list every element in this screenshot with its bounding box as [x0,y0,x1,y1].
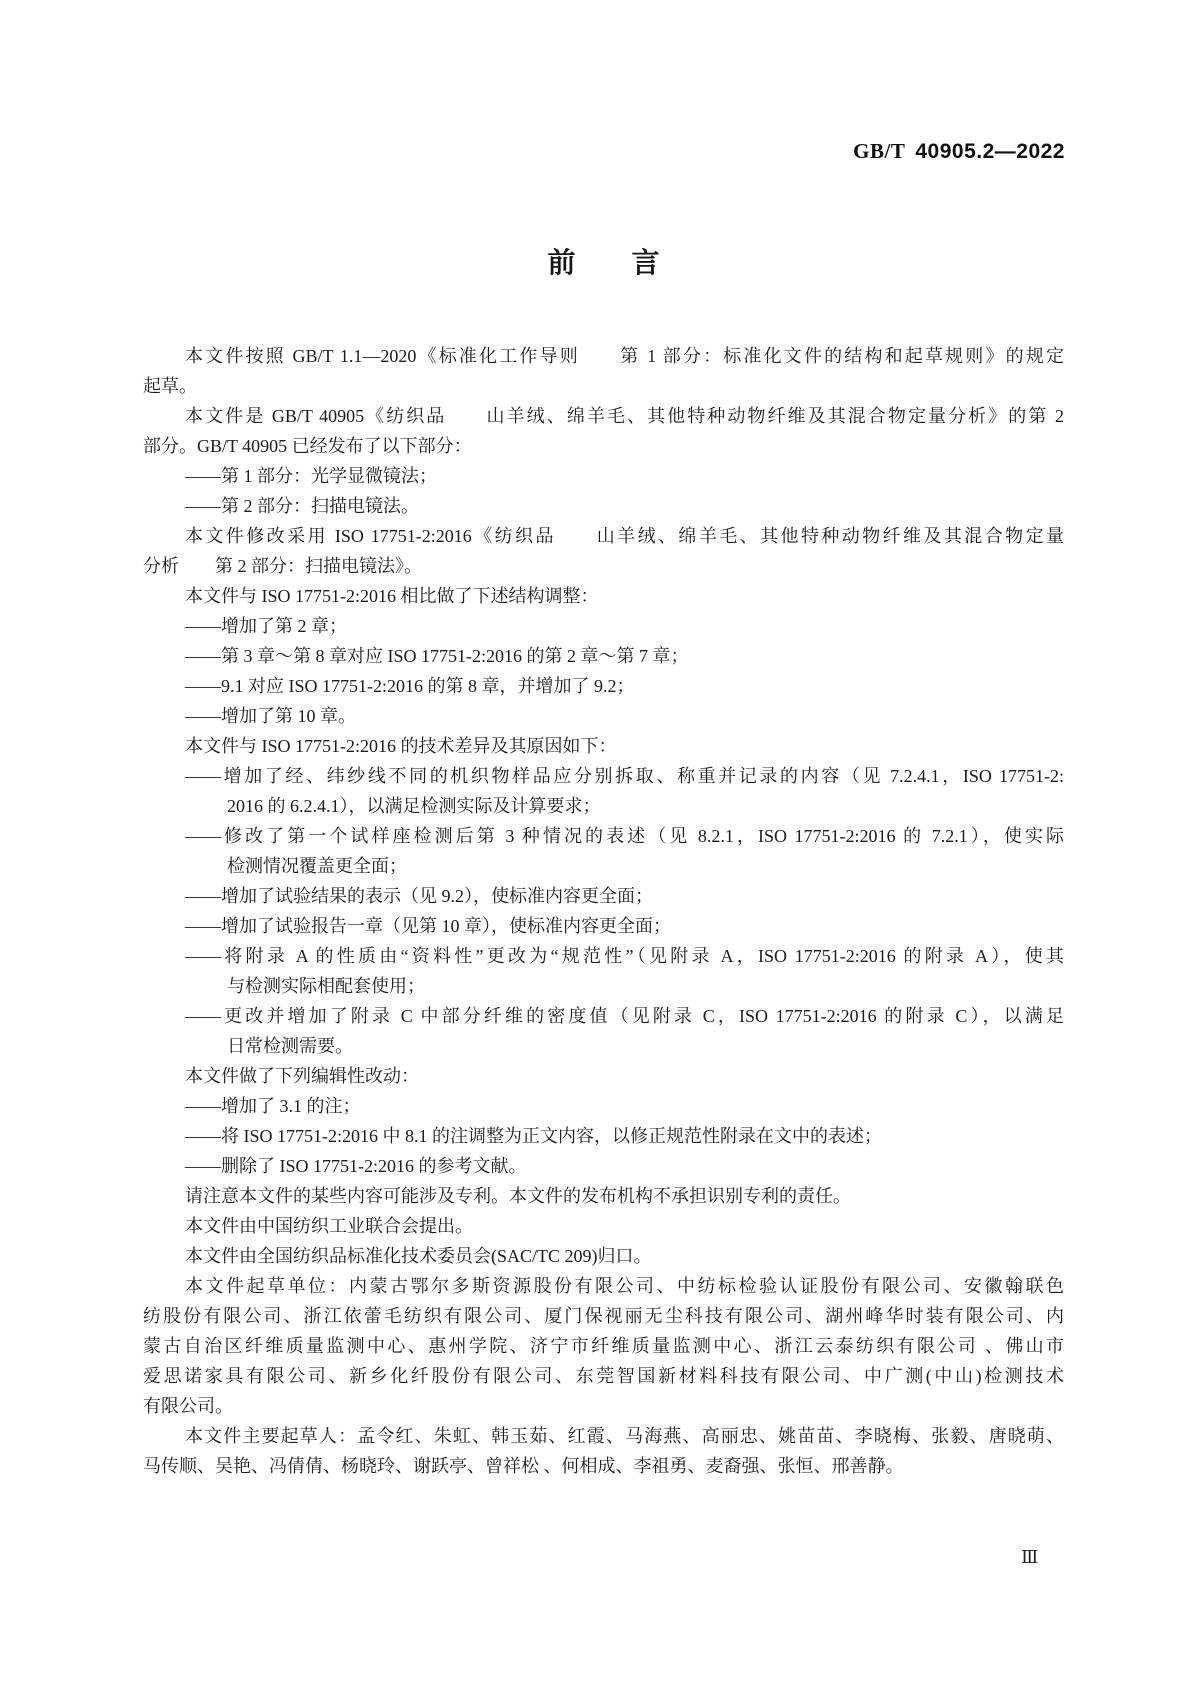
dash-item-line: ——增加了试验报告一章（见第 10 章），使标准内容更全面； [143,911,1064,941]
dash-item-line: 检测情况覆盖更全面； [143,851,1064,881]
paragraph-line: 有限公司。 [143,1391,1064,1421]
dash-item-line: ——将附录 A 的性质由“资料性”更改为“规范性”（见附录 A，ISO 1775… [143,941,1064,971]
dash-item-line: 日常检测需要。 [143,1031,1064,1061]
paragraph-line: 本文件做了下列编辑性改动： [143,1061,1064,1091]
dash-item-line: ——增加了试验结果的表示（见 9.2），使标准内容更全面； [143,881,1064,911]
page-number: Ⅲ [1021,1547,1038,1568]
dash-item-line: ——第 2 部分：扫描电镜法。 [143,491,1064,521]
dash-item-line: ——增加了经、纬纱线不同的机织物样品应分别拆取、称重并记录的内容（见 7.2.4… [143,761,1064,791]
paragraph-line: 马传顺、吴艳、冯倩倩、杨晓玲、谢跃亭、曾祥松 、何相成、李祖勇、麦裔强、张恒、邢… [143,1451,1064,1481]
paragraph-line: 纺股份有限公司、浙江依蕾毛纺织有限公司、厦门保视丽无尘科技有限公司、湖州峰华时装… [143,1301,1064,1331]
document-page: GB/T40905.2—2022 前 言 本文件按照 GB/T 1.1—2020… [0,0,1191,1684]
paragraph-line: 起草。 [143,371,1064,401]
dash-item-line: ——增加了 3.1 的注； [143,1091,1064,1121]
dash-item-line: ——第 1 部分：光学显微镜法； [143,461,1064,491]
dash-item-line: ——修改了第一个试样座检测后第 3 种情况的表述（见 8.2.1，ISO 177… [143,821,1064,851]
paragraph-line: 本文件与 ISO 17751-2:2016 的技术差异及其原因如下： [143,731,1064,761]
standard-code-prefix: GB/T [853,139,905,163]
dash-item-line: ——将 ISO 17751-2:2016 中 8.1 的注调整为正文内容，以修正… [143,1121,1064,1151]
paragraph-line: 本文件修改采用 ISO 17751-2:2016《纺织品 山羊绒、绵羊毛、其他特… [143,521,1064,551]
paragraph-line: 爱思诺家具有限公司、新乡化纤股份有限公司、东莞智国新材料科技有限公司、中广测(中… [143,1361,1064,1391]
standard-code: GB/T40905.2—2022 [853,139,1065,164]
dash-item-line: 2016 的 6.2.4.1），以满足检测实际及计算要求； [143,791,1064,821]
dash-item-line: ——增加了第 2 章； [143,611,1064,641]
dash-item-line: ——9.1 对应 ISO 17751-2:2016 的第 8 章，并增加了 9.… [143,671,1064,701]
standard-code-number: 40905.2—2022 [915,140,1065,163]
foreword-title: 前 言 [143,241,1064,281]
paragraph-line: 请注意本文件的某些内容可能涉及专利。本文件的发布机构不承担识别专利的责任。 [143,1181,1064,1211]
paragraph-line: 蒙古自治区纤维质量监测中心、惠州学院、济宁市纤维质量监测中心、浙江云泰纺织有限公… [143,1331,1064,1361]
paragraph-line: 本文件按照 GB/T 1.1—2020《标准化工作导则 第 1 部分：标准化文件… [143,341,1064,371]
dash-item-line: ——更改并增加了附录 C 中部分纤维的密度值（见附录 C，ISO 17751-2… [143,1001,1064,1031]
dash-item-line: 与检测实际相配套使用； [143,971,1064,1001]
paragraph-line: 本文件是 GB/T 40905《纺织品 山羊绒、绵羊毛、其他特种动物纤维及其混合… [143,401,1064,431]
paragraph-line: 本文件由全国纺织品标准化技术委员会(SAC/TC 209)归口。 [143,1241,1064,1271]
paragraph-line: 本文件起草单位：内蒙古鄂尔多斯资源股份有限公司、中纺标检验认证股份有限公司、安徽… [143,1271,1064,1301]
paragraph-line: 部分。GB/T 40905 已经发布了以下部分： [143,431,1064,461]
paragraph-line: 本文件与 ISO 17751-2:2016 相比做了下述结构调整： [143,581,1064,611]
paragraph-line: 本文件主要起草人：孟令红、朱虹、韩玉茹、红霞、马海燕、高丽忠、姚苗苗、李晓梅、张… [143,1421,1064,1451]
foreword-body: 本文件按照 GB/T 1.1—2020《标准化工作导则 第 1 部分：标准化文件… [143,341,1064,1481]
dash-item-line: ——增加了第 10 章。 [143,701,1064,731]
paragraph-line: 分析 第 2 部分：扫描电镜法》。 [143,551,1064,581]
paragraph-line: 本文件由中国纺织工业联合会提出。 [143,1211,1064,1241]
dash-item-line: ——第 3 章～第 8 章对应 ISO 17751-2:2016 的第 2 章～… [143,641,1064,671]
dash-item-line: ——删除了 ISO 17751-2:2016 的参考文献。 [143,1151,1064,1181]
